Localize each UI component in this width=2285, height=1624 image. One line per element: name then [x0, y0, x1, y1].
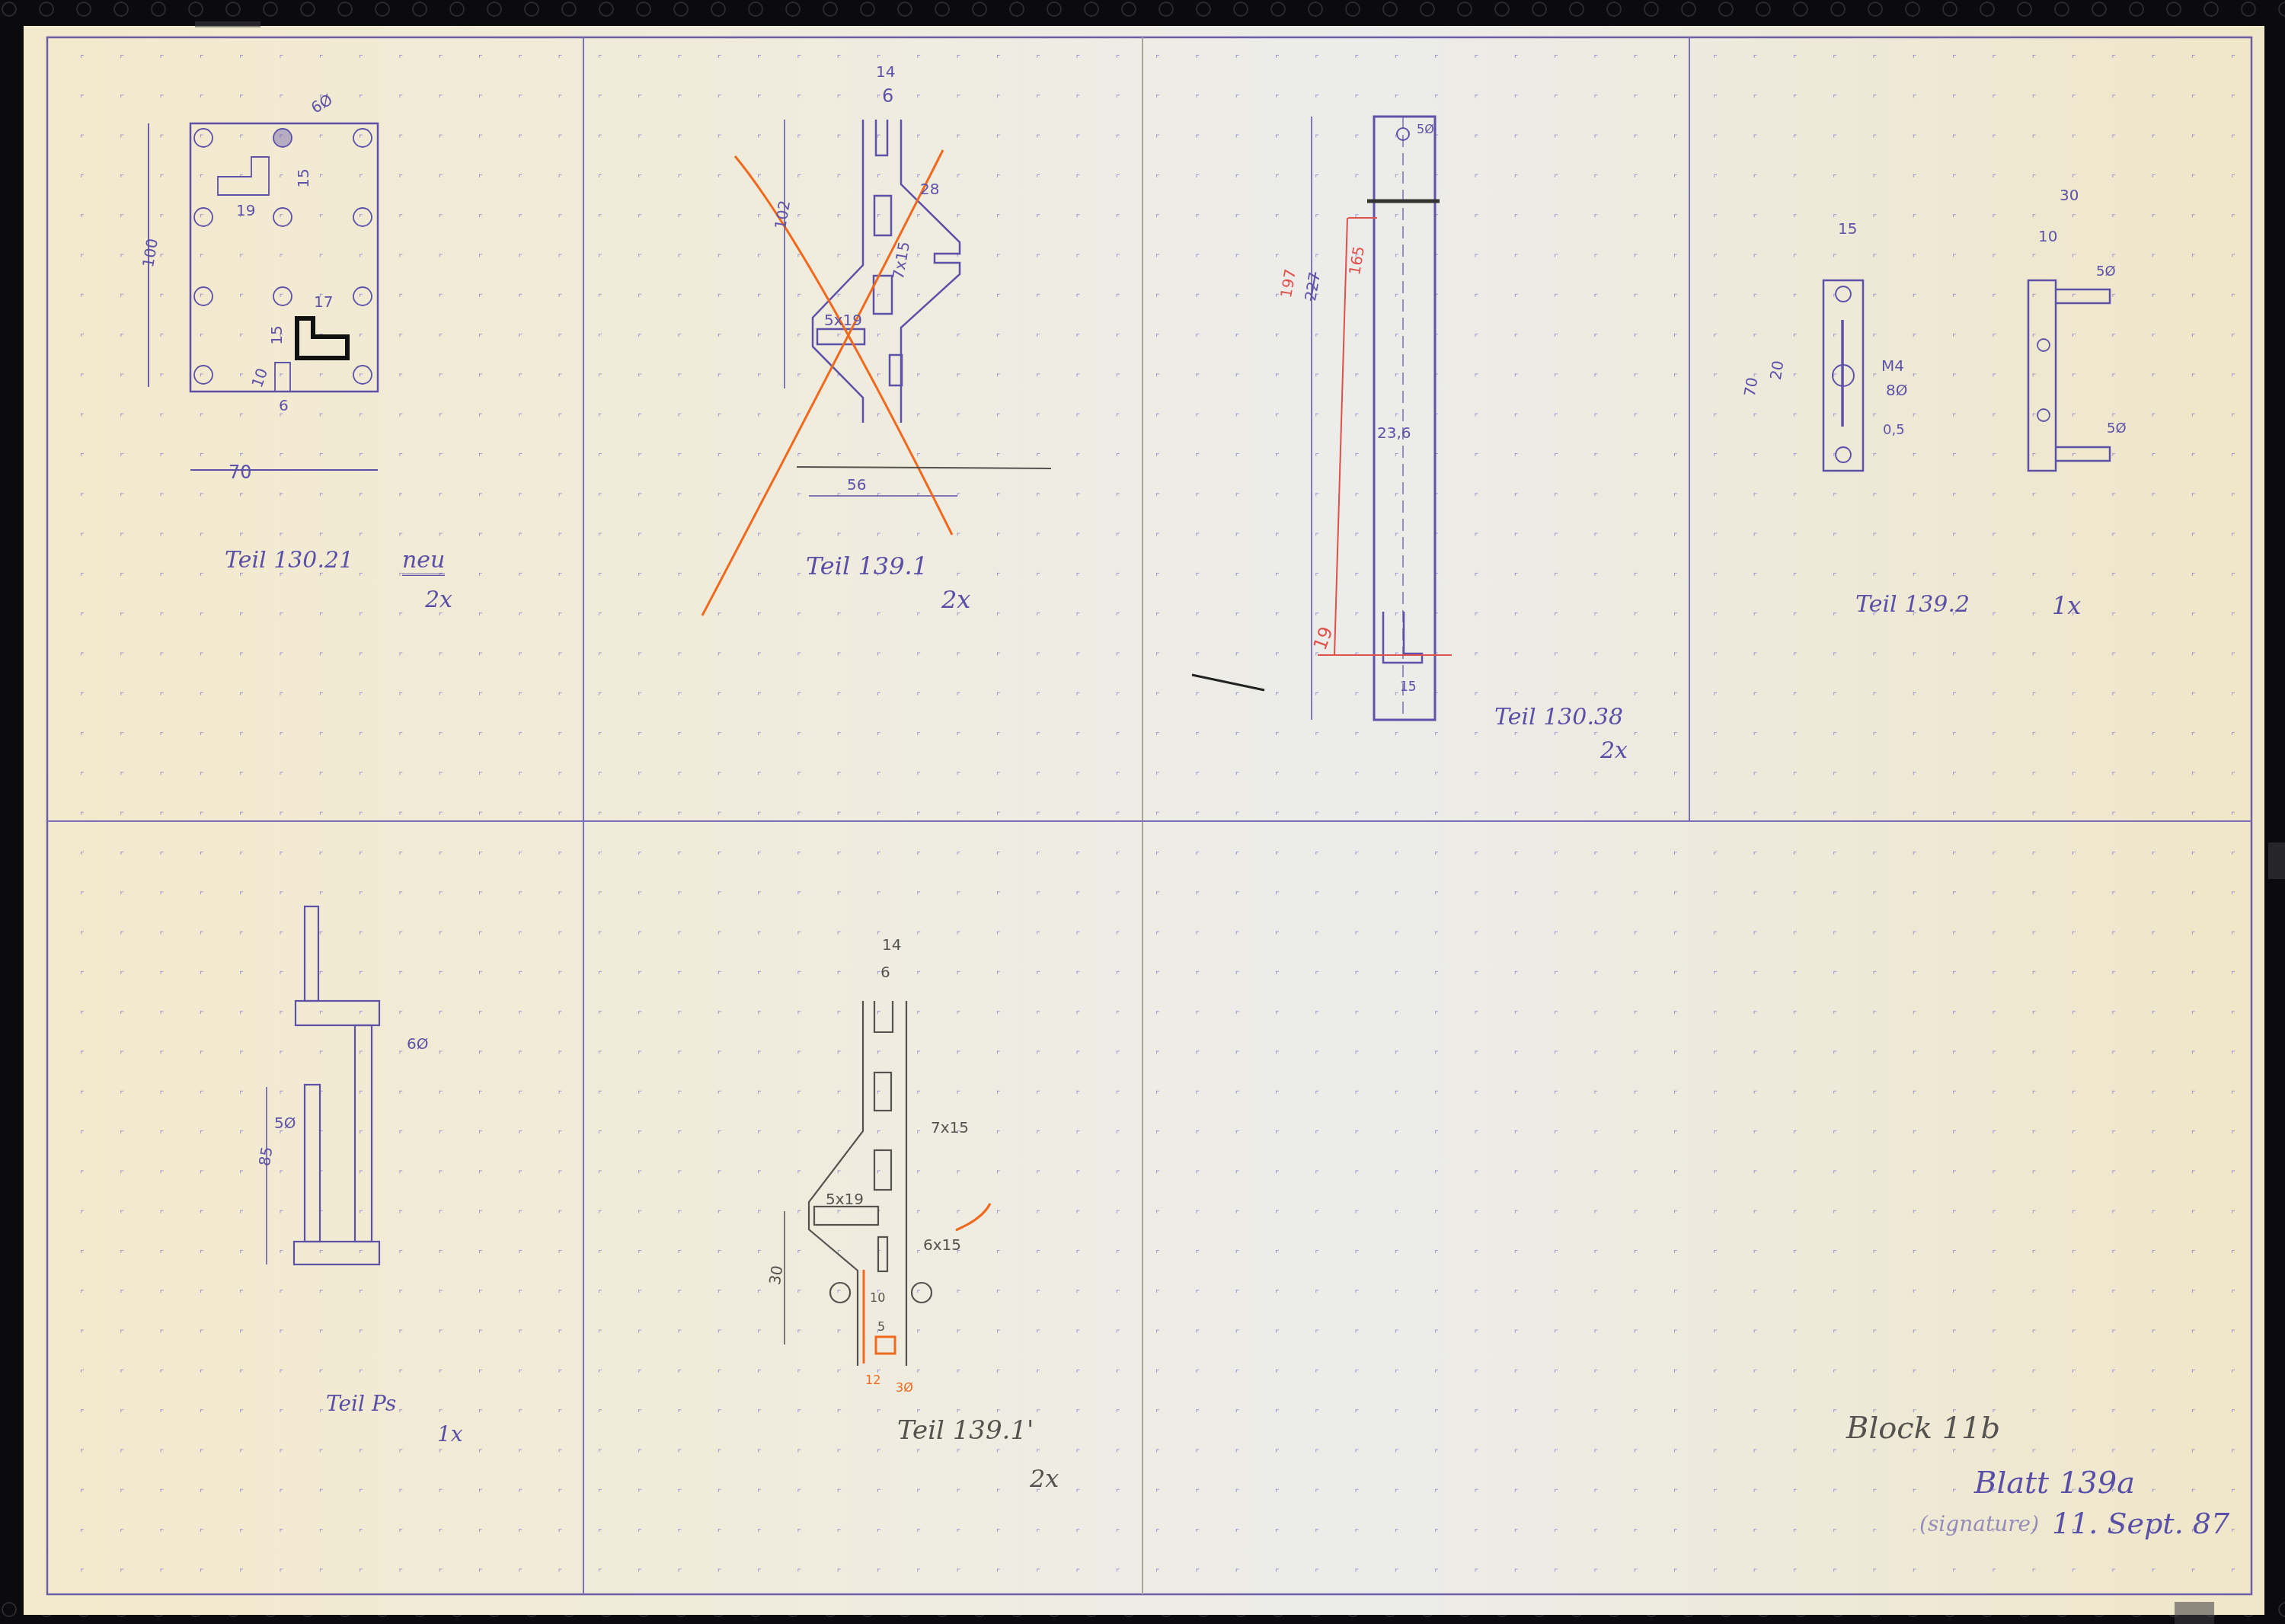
dim-70: 70	[228, 462, 252, 483]
dim-6-top: 6	[882, 85, 893, 107]
part-qty-130-38: 2x	[1600, 737, 1628, 764]
dim-5x19: 5x19	[824, 311, 862, 329]
dim-15-slot: 15	[1400, 679, 1417, 695]
dim-19: 19	[236, 201, 255, 219]
dim-phi-8: 8Ø	[1886, 381, 1907, 399]
dim-20: 20	[1766, 359, 1788, 381]
dim-14: 14	[876, 62, 895, 81]
dim-5x19-prime: 5x19	[826, 1190, 864, 1208]
sheet-number: Blatt 139a	[1974, 1466, 2135, 1501]
part-label-139-1: Teil 139.1	[806, 551, 928, 580]
dim-28: 28	[920, 180, 939, 198]
dim-5-prime: 5	[877, 1319, 885, 1334]
part-qty-ps: 1x	[437, 1421, 463, 1447]
part-label-ps: Teil Ps	[326, 1391, 396, 1416]
dim-0-5: 0,5	[1883, 422, 1905, 438]
dim-15-top: 15	[1838, 219, 1857, 238]
dim-12-orange: 12	[865, 1373, 880, 1387]
signature: (signature)	[1919, 1511, 2039, 1536]
dim-14-prime: 14	[882, 935, 901, 954]
dim-6x15: 6x15	[923, 1236, 961, 1254]
dim-30: 30	[2060, 186, 2079, 204]
dim-phi-3-orange: 3Ø	[896, 1380, 913, 1395]
part-note-neu: neu	[402, 547, 445, 576]
dim-23-6: 23,6	[1377, 424, 1411, 442]
block-label: Block 11b	[1846, 1411, 2000, 1446]
sheet-date: 11. Sept. 87	[2052, 1507, 2229, 1540]
dim-phi-5: 5Ø	[1417, 122, 1434, 136]
dim-56: 56	[847, 475, 866, 494]
dim-phi-5-ps: 5Ø	[274, 1114, 296, 1132]
part-qty-139-2: 1x	[2052, 591, 2081, 620]
dim-10-side: 10	[2038, 227, 2057, 245]
part-qty-130-21: 2x	[425, 587, 452, 613]
part-qty-139-1: 2x	[941, 585, 970, 614]
part-label-130-21: Teil 130.21	[225, 547, 353, 574]
dim-m4: M4	[1881, 356, 1904, 375]
part-label-139-1-prime: Teil 139.1'	[897, 1415, 1034, 1446]
part-qty-139-1-prime: 2x	[1030, 1464, 1059, 1493]
dim-85: 85	[255, 1145, 276, 1167]
dim-phi-5-bottom: 5Ø	[2107, 420, 2127, 436]
dim-10-prime: 10	[870, 1290, 885, 1305]
dim-70-139-2: 70	[1740, 376, 1762, 398]
dim-6: 6	[279, 396, 289, 414]
part-label-139-2: Teil 139.2	[1855, 591, 1970, 618]
dim-30-prime: 30	[765, 1264, 787, 1286]
dim-7x15-prime: 7x15	[931, 1118, 969, 1136]
dim-15a: 15	[294, 168, 312, 187]
dim-17: 17	[314, 293, 333, 311]
drawing-canvas	[0, 0, 2285, 1624]
dim-phi-6-ps: 6Ø	[407, 1034, 428, 1053]
dim-6-prime: 6	[880, 963, 890, 981]
dim-phi-5-top: 5Ø	[2096, 264, 2116, 280]
part-label-130-38: Teil 130.38	[1494, 704, 1623, 730]
dim-15b: 15	[267, 325, 286, 344]
